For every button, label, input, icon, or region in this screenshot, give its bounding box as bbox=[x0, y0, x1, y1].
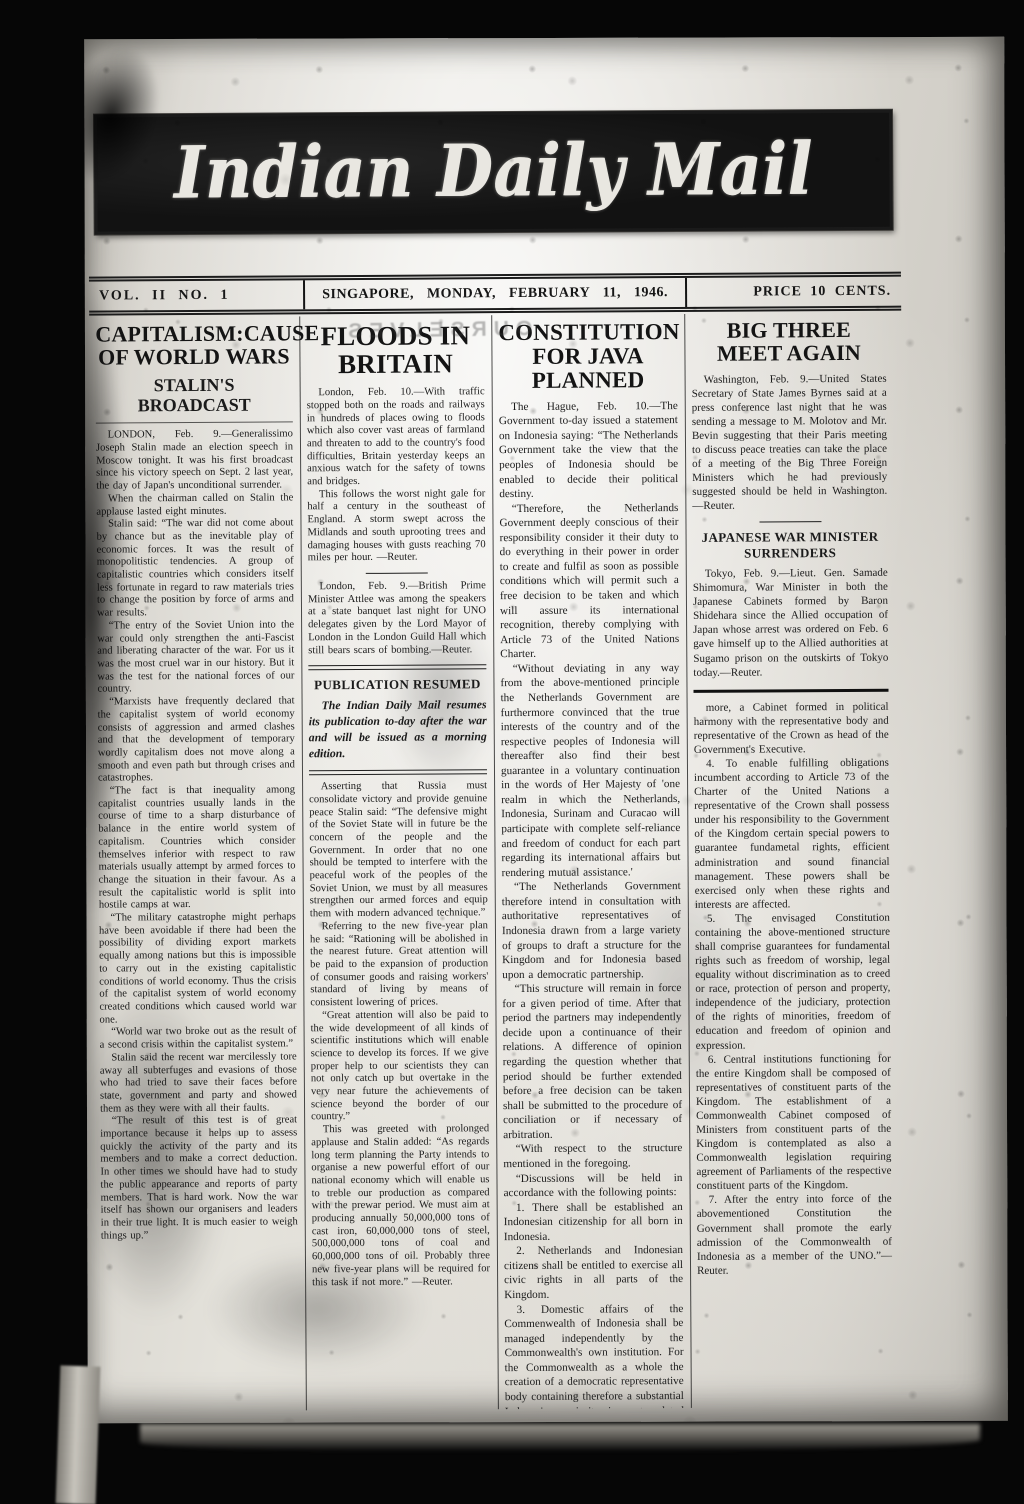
columns: CAPITALISM:CAUSE OF WORLD WARSSTALIN'S B… bbox=[89, 313, 908, 1412]
article-paragraph: Tokyo, Feb. 9.—Lieut. Gen. Samade Shimom… bbox=[693, 566, 889, 680]
article-paragraph: “The result of this test is of great imp… bbox=[100, 1115, 298, 1243]
masthead-title: Indian Daily Mail bbox=[174, 134, 813, 210]
article-paragraph: “The military catastrophe might perhaps … bbox=[99, 911, 297, 1027]
article-subhead: PUBLICATION RESUMED bbox=[308, 676, 486, 693]
article-subhead: STALIN'S BROADCAST bbox=[96, 375, 293, 424]
news-column-1: CAPITALISM:CAUSE OF WORLD WARSSTALIN'S B… bbox=[89, 316, 307, 1411]
article-paragraph: “The fact is that inequality among capit… bbox=[98, 784, 296, 912]
article-paragraph: “Marxists have frequently declared that … bbox=[98, 695, 296, 785]
volume-number: VOL. II NO. 1 bbox=[89, 280, 304, 310]
newspaper-page: RAFFLES LIBRARY SINGAPORE Indian Daily M… bbox=[84, 37, 1008, 1423]
article-paragraph: This follows the worst night gale for ha… bbox=[307, 488, 485, 565]
date-line: SINGAPORE, MONDAY, FEBRUARY 11, 1946. bbox=[303, 278, 686, 309]
article-paragraph: “This structure will remain in force for… bbox=[502, 981, 682, 1142]
article-paragraph: Asserting that Russia must consolidate v… bbox=[309, 780, 488, 921]
article-paragraph: more, a Cabinet formed in political harm… bbox=[694, 699, 889, 757]
article-paragraph: “Discussions will be held in accordance … bbox=[503, 1171, 682, 1201]
dateline-bar: VOL. II NO. 1 SINGAPORE, MONDAY, FEBRUAR… bbox=[89, 272, 901, 316]
divider-rule-short bbox=[366, 573, 428, 574]
publication-notice: The Indian Daily Mail resumes its public… bbox=[309, 698, 487, 763]
article-paragraph: LONDON, Feb. 9.—Generalissimo Joseph Sta… bbox=[96, 429, 293, 494]
page-content: RAFFLES LIBRARY SINGAPORE Indian Daily M… bbox=[88, 110, 910, 1424]
divider-rule-double bbox=[308, 664, 486, 670]
news-column-4: BIG THREE MEET AGAINWashington, Feb. 9.—… bbox=[685, 313, 900, 1412]
ghost-showthrough-text: OURSELVES bbox=[341, 317, 532, 344]
article-paragraph: This was greeted with prolonged applause… bbox=[311, 1123, 490, 1289]
article-paragraph: “The entry of the Soviet Union into the … bbox=[97, 619, 294, 696]
article-paragraph: The Hague, Feb. 10.—The Government to-da… bbox=[499, 399, 679, 502]
article-paragraph: 5. The envisaged Constitution containing… bbox=[695, 911, 891, 1053]
article-paragraph: Referring to the new five-year plan he s… bbox=[310, 920, 489, 1010]
divider-rule-short bbox=[759, 521, 821, 522]
article-headline: CAPITALISM:CAUSE OF WORLD WARS bbox=[95, 322, 292, 369]
divider-rule-thick bbox=[693, 688, 888, 692]
article-subhead: JAPANESE WAR MINISTER SURRENDERS bbox=[693, 528, 888, 562]
page-curl-edge bbox=[140, 1424, 980, 1450]
masthead: Indian Daily Mail bbox=[94, 110, 893, 235]
divider-rule-double bbox=[309, 769, 487, 775]
article-headline: BIG THREE MEET AGAIN bbox=[691, 319, 886, 366]
article-paragraph: 2. Netherlands and Indonesian citizens s… bbox=[504, 1243, 683, 1302]
article-paragraph: 1. There shall be established an Indones… bbox=[504, 1200, 683, 1245]
article-paragraph: 7. After the entry into force of the abo… bbox=[697, 1192, 893, 1278]
news-column-2: FLOODS IN BRITAINLondon, Feb. 10.—With t… bbox=[300, 315, 499, 1411]
article-paragraph: 3. Domestic affairs of the Commenwealth … bbox=[504, 1302, 684, 1412]
article-paragraph: Stalin said: “The war did not come about… bbox=[96, 518, 294, 621]
article-paragraph: London, Feb. 10.—With traffic stopped bo… bbox=[307, 386, 486, 489]
article-paragraph: Washington, Feb. 9.—United States Secret… bbox=[692, 371, 888, 513]
scanned-newspaper-photo: { "colors": { "paper": "#d6d3cc", "ink":… bbox=[0, 0, 1024, 1504]
article-paragraph: London, Feb. 9.—British Prime Minister A… bbox=[308, 580, 486, 657]
article-paragraph: “The Netherlands Government therefore in… bbox=[502, 879, 682, 982]
article-paragraph: “Therefore, the Netherlands Government d… bbox=[499, 501, 679, 662]
page-edge-strip bbox=[56, 1365, 101, 1504]
article-paragraph: “Without deviating in any way from the a… bbox=[500, 661, 680, 881]
article-paragraph: “World war two broke out as the result o… bbox=[100, 1026, 297, 1053]
article-paragraph: 6. Central institutions functioning for … bbox=[696, 1051, 892, 1193]
article-paragraph: Stalin said the recent war mercilessly t… bbox=[100, 1051, 297, 1116]
news-column-3: CONSTITUTION FOR JAVA PLANNEDThe Hague, … bbox=[492, 314, 692, 1412]
price-label: PRICE 10 CENTS. bbox=[687, 277, 902, 307]
article-paragraph: “With respect to the structure mentioned… bbox=[503, 1141, 682, 1171]
article-paragraph: “Great attention will also be paid to th… bbox=[310, 1009, 489, 1124]
article-paragraph: When the chairman called on Stalin the a… bbox=[96, 492, 293, 519]
article-paragraph: 4. To enable fulfilling obligations incu… bbox=[694, 756, 890, 912]
